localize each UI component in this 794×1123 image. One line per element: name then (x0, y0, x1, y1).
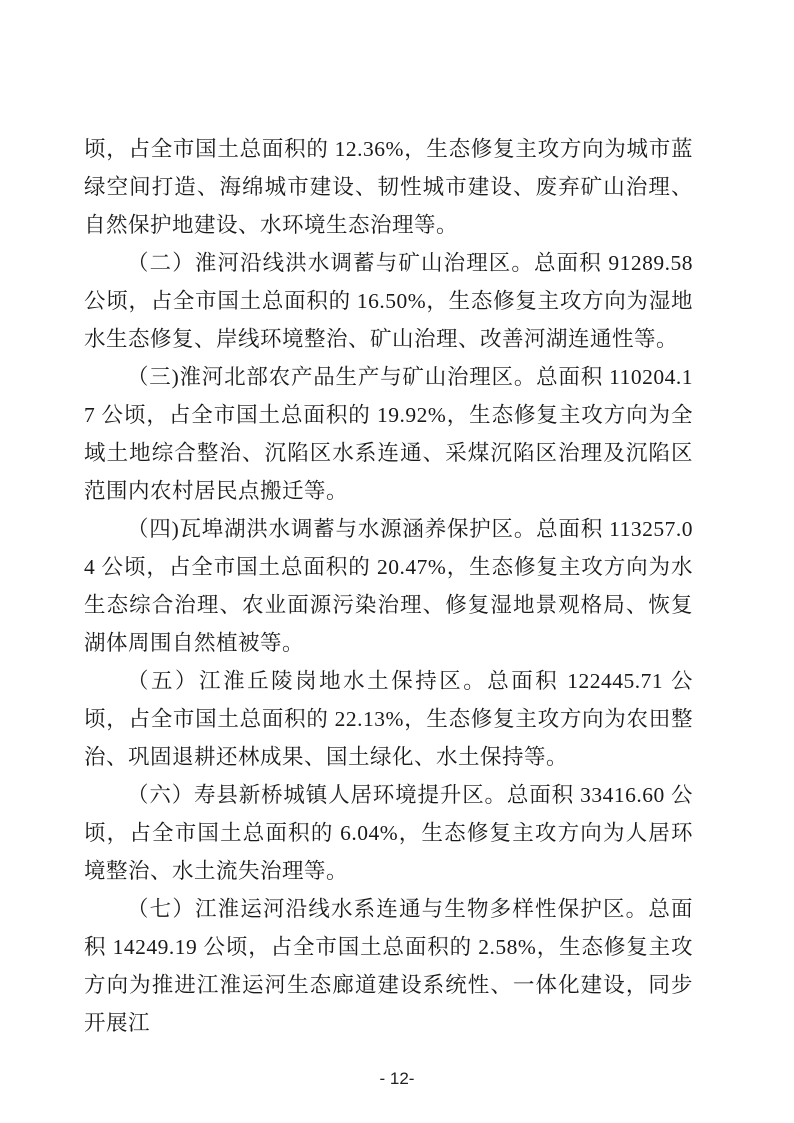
paragraph-section-6: （六）寿县新桥城镇人居环境提升区。总面积 33416.60 公顷，占全市国土总面… (84, 776, 693, 890)
paragraph-section-5: （五）江淮丘陵岗地水土保持区。总面积 122445.71 公顷，占全市国土总面积… (84, 662, 693, 776)
paragraph-section-4: （四)瓦埠湖洪水调蓄与水源涵养保护区。总面积 113257.04 公顷，占全市国… (84, 510, 693, 662)
paragraph-section-2: （二）淮河沿线洪水调蓄与矿山治理区。总面积 91289.58 公顷，占全市国土总… (84, 244, 693, 358)
paragraph-continuation: 顷，占全市国土总面积的 12.36%，生态修复主攻方向为城市蓝绿空间打造、海绵城… (84, 130, 693, 244)
paragraph-section-7: （七）江淮运河沿线水系连通与生物多样性保护区。总面积 14249.19 公顷，占… (84, 890, 693, 1042)
document-body: 顷，占全市国土总面积的 12.36%，生态修复主攻方向为城市蓝绿空间打造、海绵城… (84, 130, 693, 1042)
document-page: 顷，占全市国土总面积的 12.36%，生态修复主攻方向为城市蓝绿空间打造、海绵城… (0, 0, 794, 1123)
page-footer: - 12- (0, 1066, 794, 1092)
paragraph-section-3: （三)淮河北部农产品生产与矿山治理区。总面积 110204.17 公顷，占全市国… (84, 358, 693, 510)
page-number: - 12- (380, 1069, 415, 1088)
